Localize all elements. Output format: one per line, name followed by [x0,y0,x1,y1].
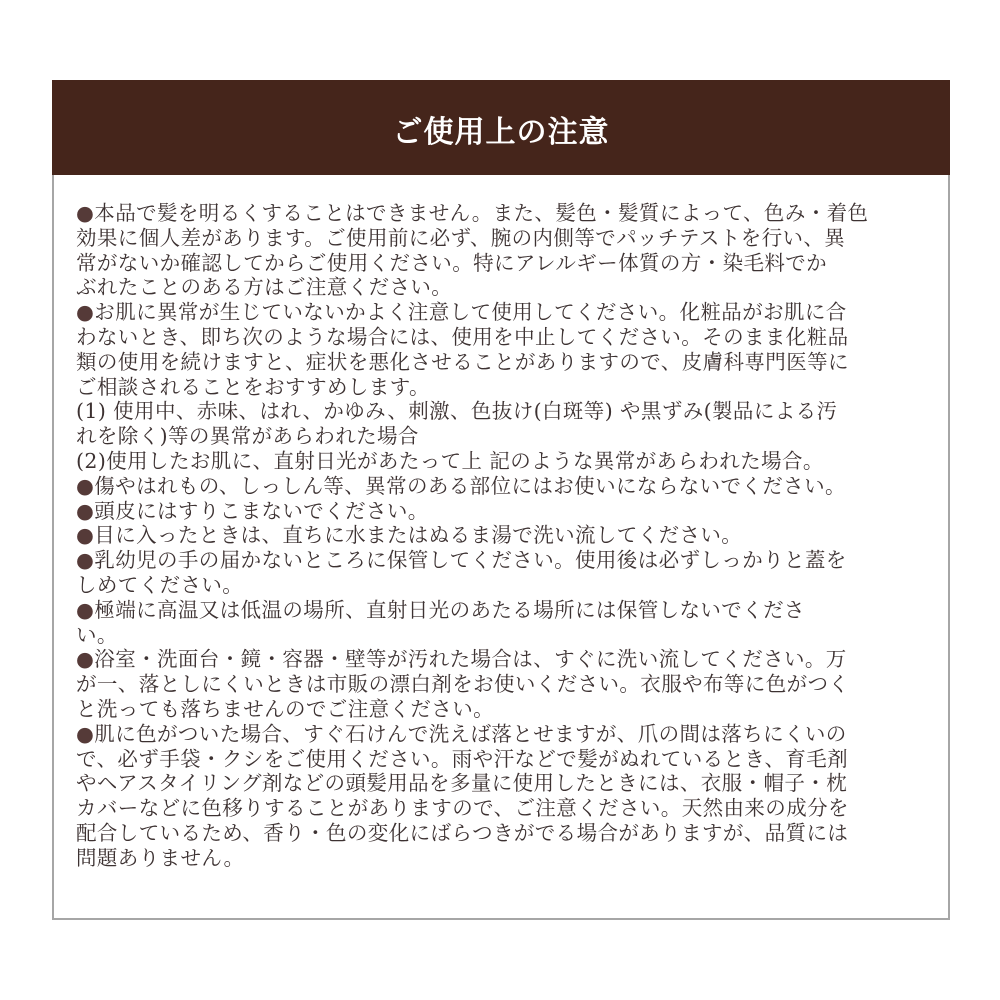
line-text: 頭皮にはすりこまないでください。 [94,499,428,523]
precautions-text: ●本品で髪を明るくすることはできません。また、髪色・髪質によって、色み・着色効果… [76,201,938,871]
line-text: 目に入ったときは、直ちに水またはぬるま湯で洗い流してください。 [94,523,742,547]
page-title: ご使用上の注意 [393,107,610,151]
line-text: と洗っても落ちませんのでご注意ください。 [76,697,494,721]
precaution-item-start: ●頭皮にはすりこまないでください。 [76,499,938,524]
line-text: (1) 使用中、赤味、はれ、かゆみ、刺激、色抜け(白斑等) や黒ずみ(製品による… [76,399,837,423]
precaution-item-start: ●本品で髪を明るくすることはできません。また、髪色・髪質によって、色み・着色 [76,201,938,226]
precaution-item-start: ●肌に色がついた場合、すぐ石けんで洗えば落とせますが、爪の間は落ちにくいの [76,722,938,747]
line-text: で、必ず手袋・クシをご使用ください。雨や汗などで髪がぬれているとき、育毛剤 [76,747,848,771]
precaution-line: ぶれたことのある方はご注意ください。 [76,275,938,300]
precaution-line: と洗っても落ちませんのでご注意ください。 [76,697,938,722]
line-text: お肌に異常が生じていないかよく注意して使用してください。化粧品がお肌に合 [94,300,846,324]
precaution-line: 常がないか確認してからご使用ください。特にアレルギー体質の方・染毛料でか [76,251,938,276]
bullet-icon: ● [76,647,94,671]
precaution-line: が一、落としにくいときは市販の漂白剤をお使いください。衣服や布等に色がつく [76,672,938,697]
line-text: 肌に色がついた場合、すぐ石けんで洗えば落とせますが、爪の間は落ちにくいの [94,722,846,746]
line-text: れを除く)等の異常があらわれた場合 [76,424,419,448]
precaution-line: 類の使用を続けますと、症状を悪化させることがありますので、皮膚科専門医等に [76,350,938,375]
precaution-line: で、必ず手袋・クシをご使用ください。雨や汗などで髪がぬれているとき、育毛剤 [76,747,938,772]
precaution-item-start: ●極端に高温又は低温の場所、直射日光のあたる場所には保管しないでくださ [76,598,938,623]
bullet-icon: ● [76,300,94,324]
line-text: 極端に高温又は低温の場所、直射日光のあたる場所には保管しないでくださ [94,598,805,622]
panel-header: ご使用上の注意 [52,80,950,175]
precaution-line: (2)使用したお肌に、直射日光があたって上 記のような異常があらわれた場合。 [76,449,938,474]
bullet-icon: ● [76,499,94,523]
line-text: 乳幼児の手の届かないところに保管してください。使用後は必ずしっかりと蓋を [94,548,846,572]
line-text: ぶれたことのある方はご注意ください。 [76,275,452,299]
line-text: 本品で髪を明るくすることはできません。また、髪色・髪質によって、色み・着色 [94,201,868,225]
line-text: 傷やはれもの、しっしん等、異常のある部位にはお使いにならないでください。 [94,474,846,498]
line-text: わないとき、即ち次のような場合には、使用を中止してください。そのまま化粧品 [76,325,848,349]
line-text: 問題ありません。 [76,846,244,870]
line-text: ご相談されることをおすすめします。 [76,375,430,399]
line-text: 類の使用を続けますと、症状を悪化させることがありますので、皮膚科専門医等に [76,350,849,374]
usage-precautions-panel: ご使用上の注意 ●本品で髪を明るくすることはできません。また、髪色・髪質によって… [52,80,950,920]
precaution-line: (1) 使用中、赤味、はれ、かゆみ、刺激、色抜け(白斑等) や黒ずみ(製品による… [76,399,938,424]
precaution-line: 効果に個人差があります。ご使用前に必ず、腕の内側等でパッチテストを行い、異 [76,226,938,251]
line-text: カバーなどに色移りすることがありますので、ご注意ください。天然由来の成分を [76,796,849,820]
precaution-item-start: ●乳幼児の手の届かないところに保管してください。使用後は必ずしっかりと蓋を [76,548,938,573]
precaution-line: ご相談されることをおすすめします。 [76,375,938,400]
line-text: 常がないか確認してからご使用ください。特にアレルギー体質の方・染毛料でか [76,251,827,275]
precaution-item-start: ●浴室・洗面台・鏡・容器・壁等が汚れた場合は、すぐに洗い流してください。万 [76,647,938,672]
precaution-line: カバーなどに色移りすることがありますので、ご注意ください。天然由来の成分を [76,796,938,821]
bullet-icon: ● [76,201,94,225]
bullet-icon: ● [76,598,94,622]
bullet-icon: ● [76,474,94,498]
line-text: やヘアスタイリング剤などの頭髪用品を多量に使用したときには、衣服・帽子・枕 [76,771,847,795]
line-text: しめてください。 [76,573,243,597]
line-text: (2)使用したお肌に、直射日光があたって上 記のような異常があらわれた場合。 [76,449,824,473]
line-text: 浴室・洗面台・鏡・容器・壁等が汚れた場合は、すぐに洗い流してください。万 [94,647,846,671]
line-text: が一、落としにくいときは市販の漂白剤をお使いください。衣服や布等に色がつく [76,672,849,696]
precaution-item-start: ●お肌に異常が生じていないかよく注意して使用してください。化粧品がお肌に合 [76,300,938,325]
precaution-item-start: ●傷やはれもの、しっしん等、異常のある部位にはお使いにならないでください。 [76,474,938,499]
precaution-line: い。 [76,623,938,648]
bullet-icon: ● [76,548,94,572]
precaution-line: しめてください。 [76,573,938,598]
precaution-line: わないとき、即ち次のような場合には、使用を中止してください。そのまま化粧品 [76,325,938,350]
precaution-line: 問題ありません。 [76,846,938,871]
precaution-line: 配合しているため、香り・色の変化にばらつきがでる場合がありますが、品質には [76,821,938,846]
precaution-line: やヘアスタイリング剤などの頭髪用品を多量に使用したときには、衣服・帽子・枕 [76,771,938,796]
line-text: 配合しているため、香り・色の変化にばらつきがでる場合がありますが、品質には [76,821,848,845]
line-text: 効果に個人差があります。ご使用前に必ず、腕の内側等でパッチテストを行い、異 [76,226,845,250]
line-text: い。 [76,623,118,647]
precaution-item-start: ●目に入ったときは、直ちに水またはぬるま湯で洗い流してください。 [76,523,938,548]
bullet-icon: ● [76,722,94,746]
precaution-line: れを除く)等の異常があらわれた場合 [76,424,938,449]
bullet-icon: ● [76,523,94,547]
